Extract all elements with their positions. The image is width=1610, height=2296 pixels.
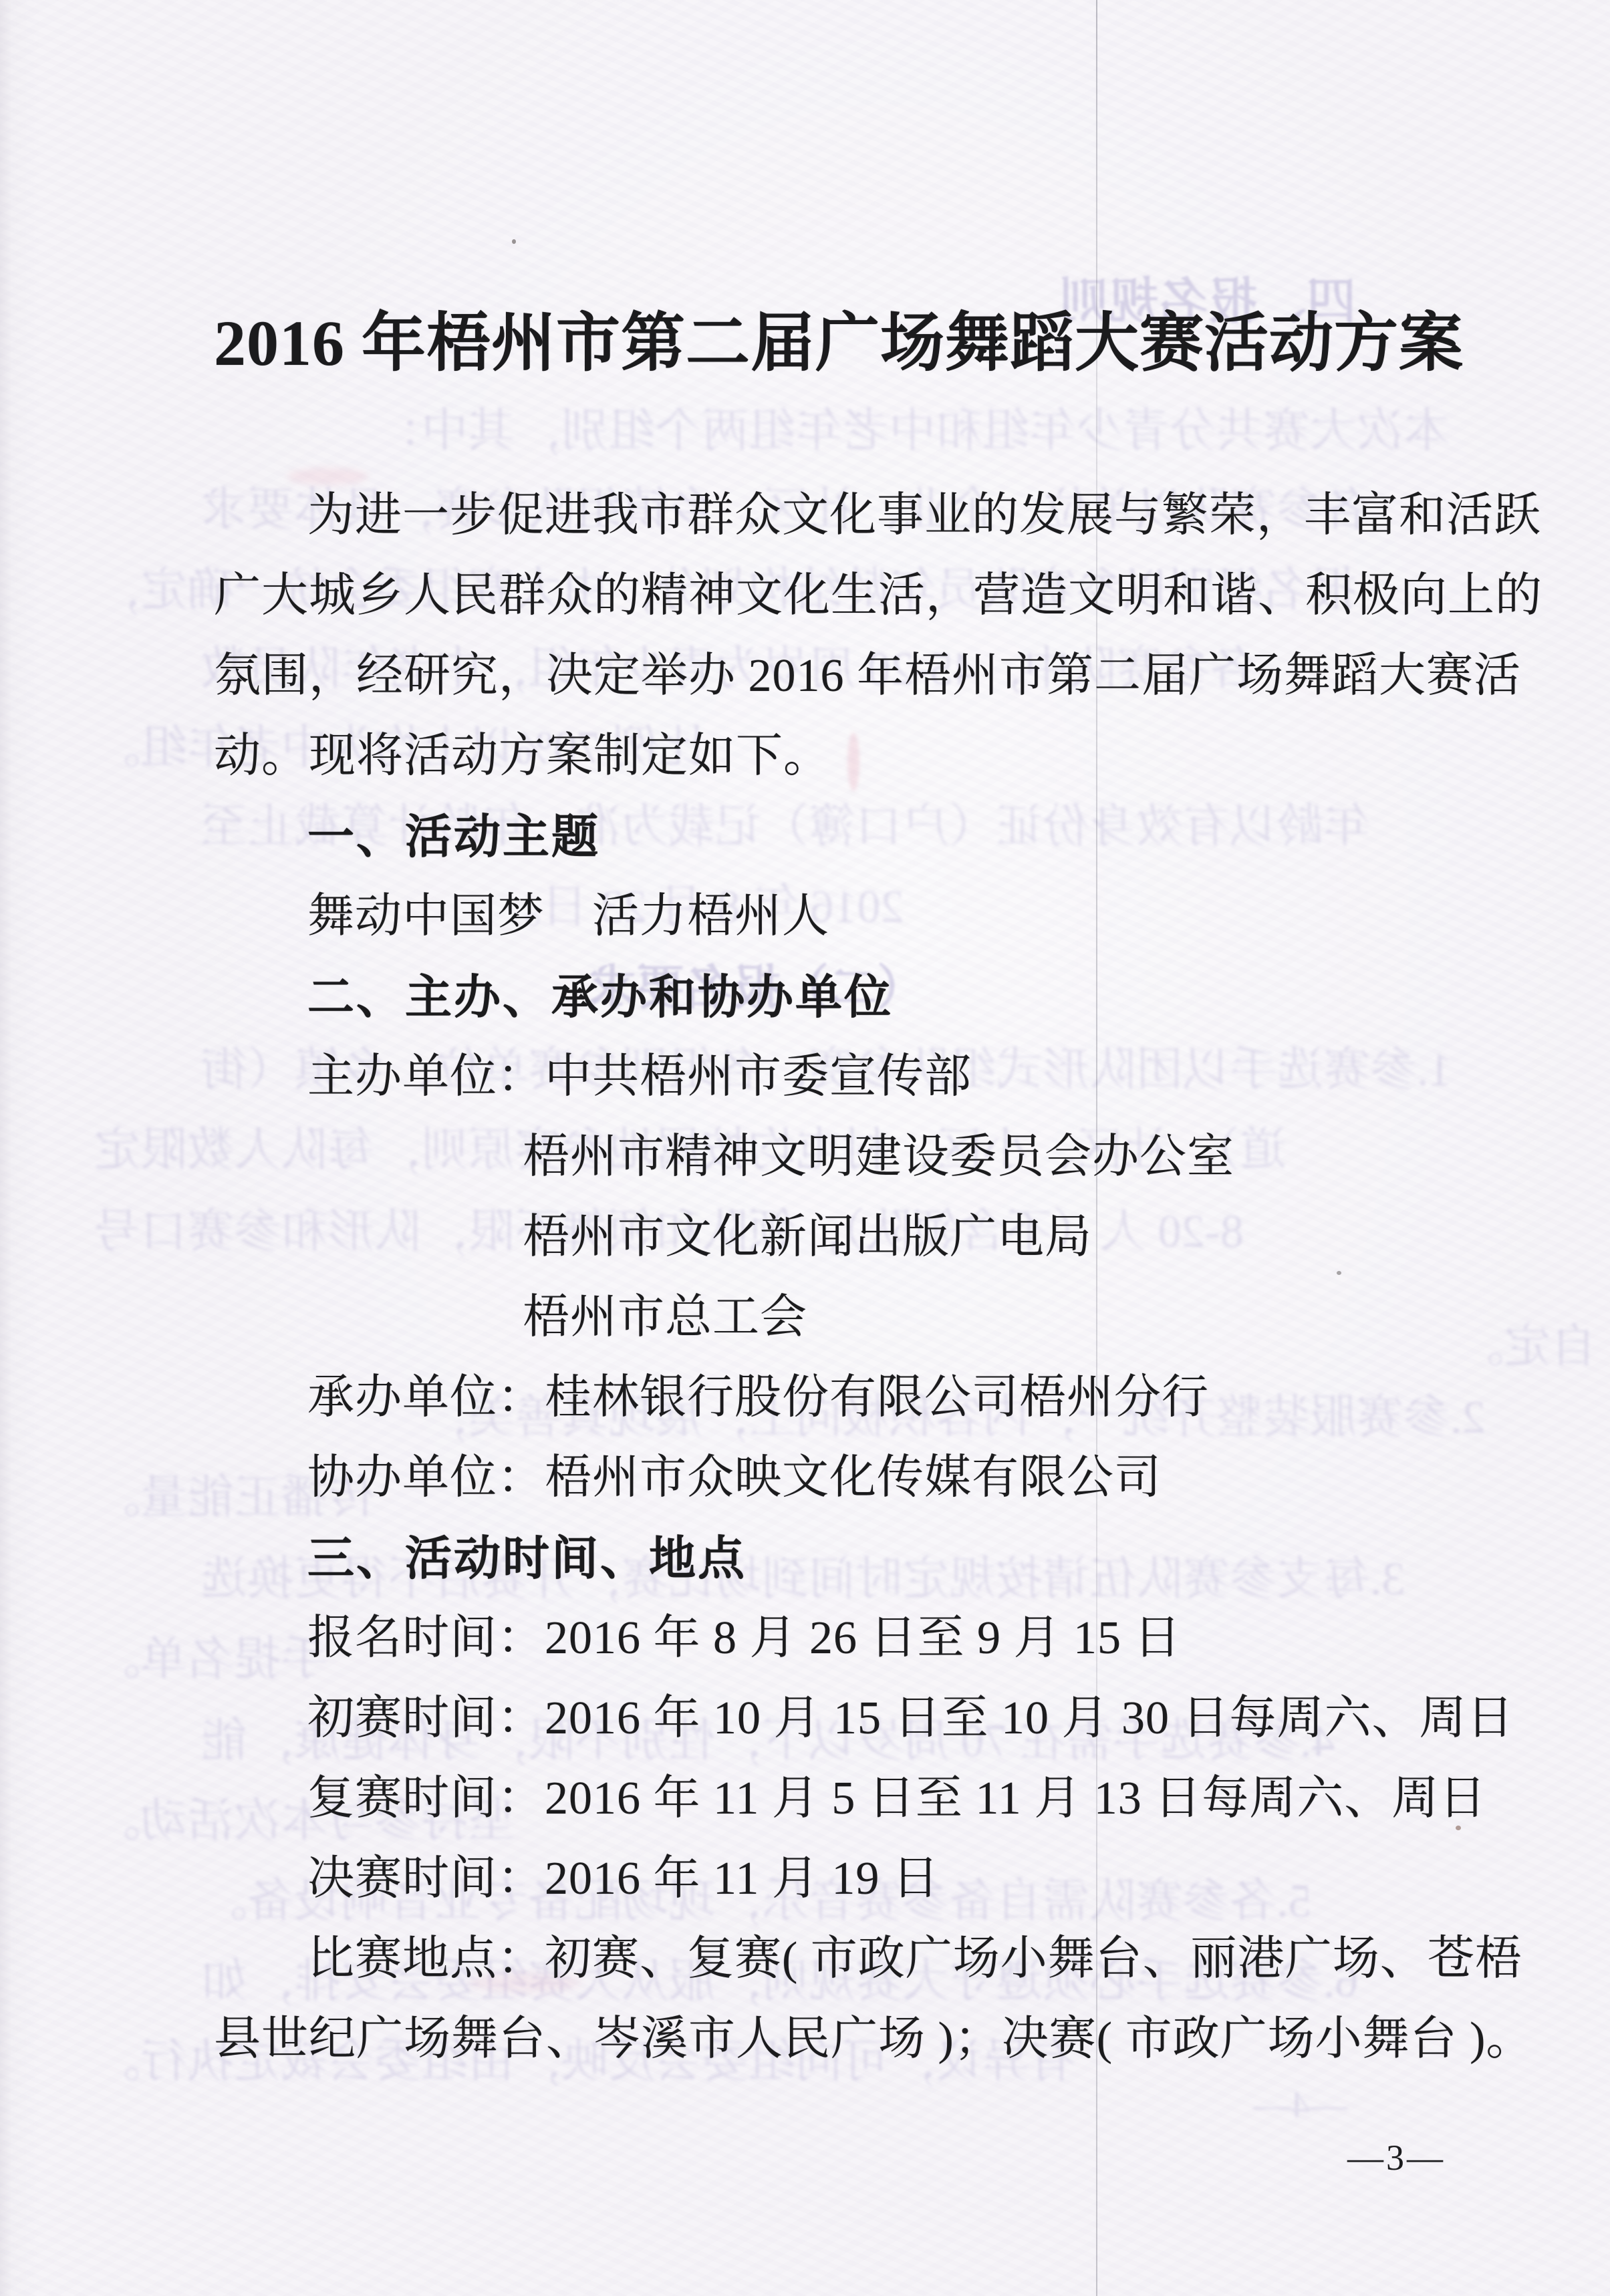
page-number: —3—: [1347, 2137, 1446, 2178]
doc-line: 梧州市总工会: [214, 1278, 1457, 1358]
section-heading: 三、活动时间、地点: [214, 1518, 1457, 1598]
section-heading: 二、主办、承办和协办单位: [214, 957, 1457, 1037]
doc-line: 初赛时间：2016 年 10 月 15 日至 10 月 30 日每周六、周日: [214, 1679, 1457, 1759]
doc-line: 县世纪广场舞台、岑溪市人民广场 )；决赛( 市政广场小舞台 )。: [214, 1999, 1457, 2079]
bleed-through-text: 自定。: [1457, 1308, 1597, 1376]
scanned-document-page: 四、报名规则本次大赛共分青少年组和中老年组两个组别，其中：各参赛队以单位、企业、…: [0, 0, 1610, 2296]
doc-line: 协办单位：梧州市众映文化传媒有限公司: [214, 1438, 1457, 1518]
doc-line: 梧州市文化新闻出版广电局: [214, 1197, 1457, 1278]
bleed-through-text: 本次大赛共分青少年组和中老年组两个组别，其中：: [374, 393, 1450, 460]
doc-line: 决赛时间：2016 年 11 月 19 日: [214, 1839, 1457, 1919]
document-body: 为进一步促进我市群众文化事业的发展与繁荣，丰富和活跃广大城乡人民群众的精神文化生…: [214, 476, 1457, 2079]
document-title: 2016 年梧州市第二届广场舞蹈大赛活动方案: [214, 306, 1454, 381]
doc-line: 主办单位：中共梧州市委宣传部: [214, 1037, 1457, 1117]
doc-line: 梧州市精神文明建设委员会办公室: [214, 1117, 1457, 1197]
bleed-through-text: —4—: [1254, 2084, 1347, 2126]
doc-line: 承办单位：桂林银行股份有限公司梧州分行: [214, 1358, 1457, 1438]
doc-line: 比赛地点：初赛、复赛( 市政广场小舞台、丽港广场、苍梧: [214, 1919, 1457, 1999]
doc-line: 广大城乡人民群众的精神文化生活，营造文明和谐、积极向上的: [214, 556, 1457, 636]
section-heading: 一、活动主题: [214, 797, 1457, 877]
doc-line: 氛围，经研究，决定举办 2016 年梧州市第二届广场舞蹈大赛活: [214, 636, 1457, 716]
doc-line: 报名时间：2016 年 8 月 26 日至 9 月 15 日: [214, 1598, 1457, 1679]
doc-line: 舞动中国梦 活力梧州人: [214, 877, 1457, 957]
ink-speck: [512, 239, 516, 244]
doc-line: 为进一步促进我市群众文化事业的发展与繁荣，丰富和活跃: [214, 476, 1457, 556]
doc-line: 复赛时间：2016 年 11 月 5 日至 11 月 13 日每周六、周日: [214, 1759, 1457, 1839]
doc-line: 动。现将活动方案制定如下。: [214, 716, 1457, 797]
